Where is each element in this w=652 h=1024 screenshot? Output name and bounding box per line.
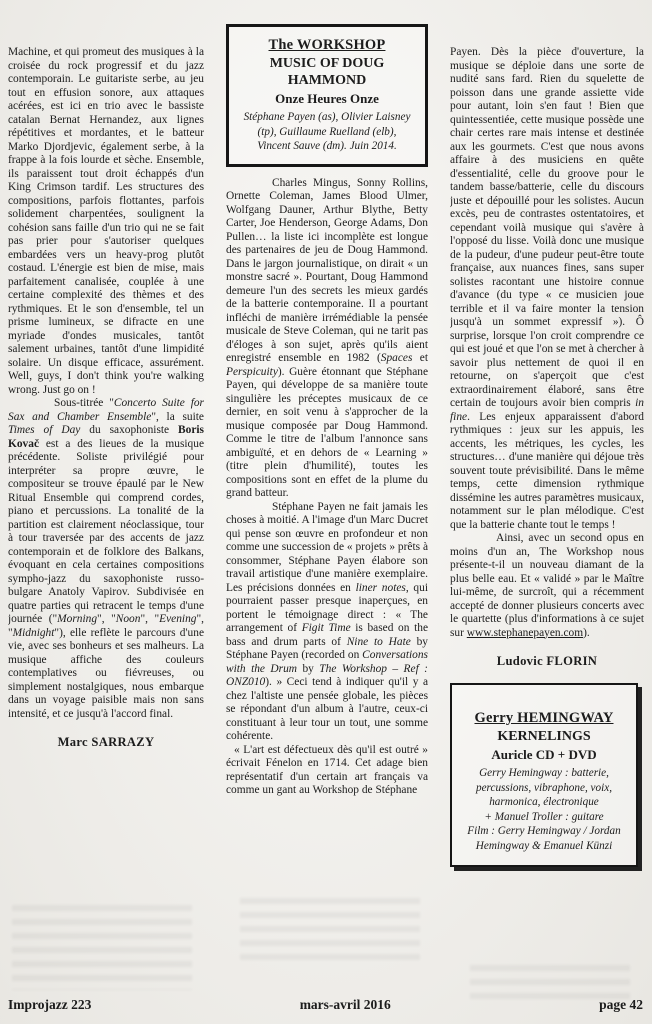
paragraph: Stéphane Payen ne fait jamais les choses…	[226, 501, 428, 744]
paragraph: Charles Mingus, Sonny Rollins, Ornette C…	[226, 177, 428, 501]
album-box-workshop: The WORKSHOP MUSIC OF DOUG HAMMOND Onze …	[226, 24, 428, 167]
album-title: The WORKSHOP	[242, 36, 412, 54]
album-box-hemingway: Gerry HEMINGWAY KERNELINGS Auricle CD + …	[450, 683, 638, 868]
album-subtitle: MUSIC OF DOUG HAMMOND	[242, 56, 412, 89]
column-3: Payen. Dès la pièce d'ouverture, la musi…	[450, 0, 644, 980]
article-columns: Machine, et qui promeut des musiques à l…	[0, 0, 652, 980]
paragraph: « L'art est défectueux dès qu'il est out…	[226, 744, 428, 798]
paragraph: Sous-titrée "Concerto Suite for Sax and …	[8, 397, 204, 721]
byline-ludovic-florin: Ludovic FLORIN	[450, 655, 644, 669]
paragraph: Machine, et qui promeut des musiques à l…	[8, 46, 204, 397]
footer-page-number: page 42	[599, 997, 643, 1013]
album-title: Gerry HEMINGWAY	[462, 709, 626, 727]
footer-issue-date: mars-avril 2016	[91, 997, 599, 1013]
byline-marc-sarrazy: Marc SARRAZY	[8, 736, 204, 750]
page-footer: Improjazz 223 mars-avril 2016 page 42	[8, 997, 643, 1013]
paragraph: Payen. Dès la pièce d'ouverture, la musi…	[450, 46, 644, 532]
album-name: KERNELINGS	[462, 729, 626, 746]
paragraph: Ainsi, avec un second opus en moins d'un…	[450, 532, 644, 640]
column-1: Machine, et qui promeut des musiques à l…	[8, 0, 204, 980]
album-format: Auricle CD + DVD	[462, 747, 626, 763]
magazine-page: { "colors":{"ink":"#1c1c1c","paper":"#f3…	[0, 0, 652, 1024]
column-2: The WORKSHOP MUSIC OF DOUG HAMMOND Onze …	[226, 0, 428, 980]
album-name: Onze Heures Onze	[242, 91, 412, 107]
footer-journal-name: Improjazz 223	[8, 997, 91, 1013]
album-credits: Gerry Hemingway : batterie,percussions, …	[462, 766, 626, 853]
album-credits: Stéphane Payen (as), Olivier Laisney (tp…	[242, 110, 412, 154]
